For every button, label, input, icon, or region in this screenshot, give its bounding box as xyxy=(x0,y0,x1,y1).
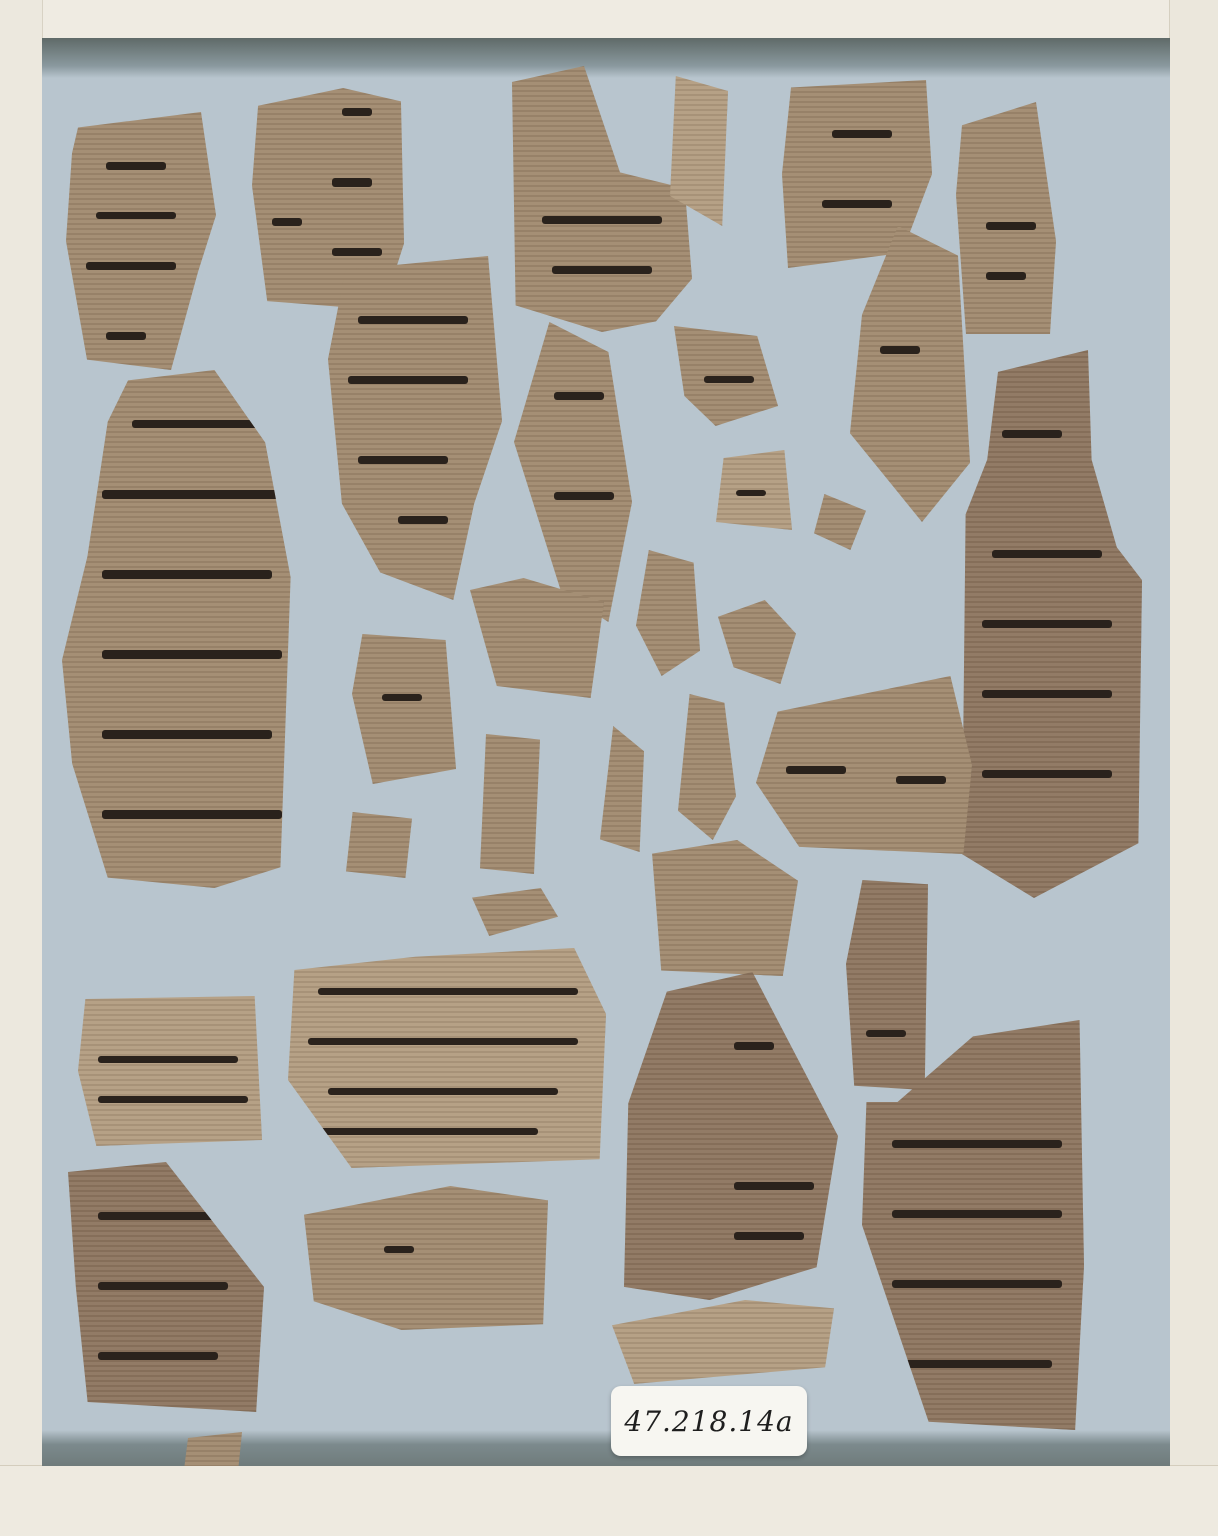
papyrus-fragment xyxy=(480,734,540,874)
accession-number: 47.218.14a xyxy=(624,1405,793,1438)
papyrus-fragment xyxy=(716,450,792,530)
papyrus-fragment xyxy=(66,112,216,370)
mat-left xyxy=(0,0,43,1536)
glass-top-shadow xyxy=(42,38,1170,78)
mat-top xyxy=(0,0,1218,38)
papyrus-fragment xyxy=(600,726,644,852)
papyrus-fragment xyxy=(678,694,736,840)
papyrus-fragment xyxy=(352,634,456,784)
papyrus-fragment xyxy=(346,812,412,878)
papyrus-fragment xyxy=(962,350,1142,898)
mat-right xyxy=(1169,0,1218,1536)
papyrus-fragment xyxy=(850,226,970,522)
papyrus-fragment xyxy=(514,322,632,622)
papyrus-fragment xyxy=(512,66,692,332)
frame: 47.218.14a xyxy=(0,0,1218,1536)
mat-bottom xyxy=(0,1465,1218,1536)
papyrus-fragment xyxy=(646,840,798,976)
papyrus-fragment xyxy=(718,600,796,684)
papyrus-fragment xyxy=(472,888,558,936)
papyrus-fragment xyxy=(636,550,700,676)
papyrus-fragment xyxy=(624,972,838,1300)
papyrus-fragment xyxy=(328,256,502,600)
glass-backing xyxy=(42,38,1170,1466)
papyrus-fragment xyxy=(846,880,928,1090)
papyrus-fragment xyxy=(78,996,262,1146)
papyrus-fragment xyxy=(814,494,866,550)
papyrus-fragment xyxy=(62,370,316,888)
papyrus-fragment xyxy=(304,1186,548,1330)
accession-label: 47.218.14a xyxy=(611,1386,807,1456)
papyrus-fragment xyxy=(612,1300,834,1384)
papyrus-fragment xyxy=(756,676,972,854)
papyrus-fragment xyxy=(68,1162,264,1412)
papyrus-fragment xyxy=(956,102,1056,334)
papyrus-fragment xyxy=(674,326,778,426)
papyrus-fragment xyxy=(288,948,606,1168)
